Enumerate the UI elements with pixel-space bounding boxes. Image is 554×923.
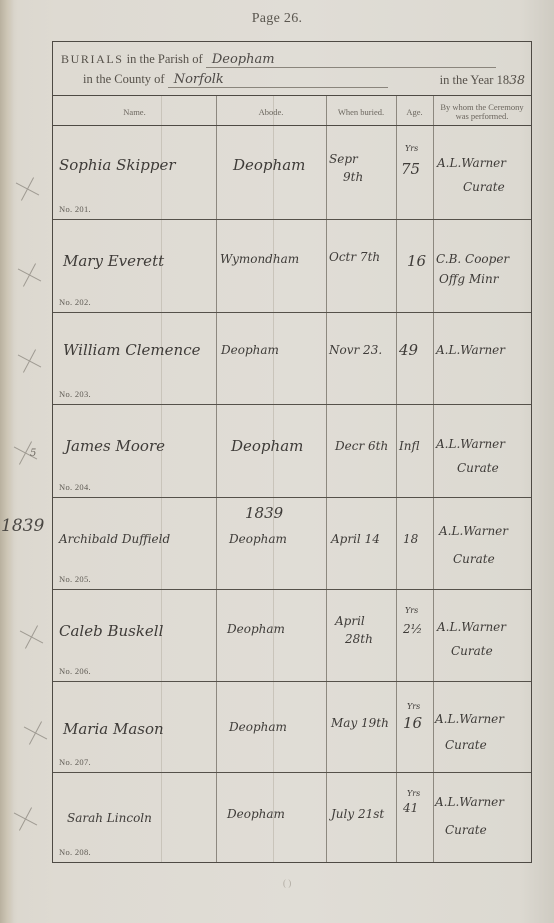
entry-officiant: A.L.Warner [439,524,508,538]
pencil-tick-mark-203 [16,348,42,374]
entry-officiant: C.B. Cooper [436,252,509,266]
burial-register-table: BURIALS in the Parish of Deopham in the … [52,41,532,863]
entry-abode: Deopham [229,532,287,546]
register-row: Maria Mason Deopham May 19th Yrs 16 A.L.… [53,682,531,773]
entry-number: No. 206. [59,666,91,676]
year-value: 38 [509,72,525,87]
entry-officiant-title: Curate [445,823,487,837]
parish-value: Deopham [206,53,496,68]
entry-when-line1: May 19th [331,716,389,730]
entry-when-line2: 9th [343,170,363,184]
register-row: James Moore Deopham Decr 6th Infl A.L.Wa… [53,405,531,498]
entry-name: Archibald Duffield [59,532,170,546]
entry-year-note: 1839 [245,504,283,522]
parish-label: in the Parish of [127,52,203,66]
entry-age: 49 [399,341,418,359]
entry-number: No. 202. [59,297,91,307]
entry-age-unit: Yrs [407,702,420,711]
entry-age: 16 [403,714,422,732]
year-line: in the Year 1838 [440,72,525,88]
entry-abode: Deopham [233,156,305,174]
county-label: in the County of [83,72,165,86]
entry-number: No. 208. [59,847,91,857]
register-row: Sophia Skipper Deopham Sepr 9th Yrs 75 A… [53,128,531,220]
entry-when-line2: 28th [345,632,373,646]
entry-abode: Deopham [221,343,279,357]
entry-name: Mary Everett [63,252,164,270]
entry-officiant: A.L.Warner [435,795,504,809]
entry-age: 16 [407,252,426,270]
pencil-tick-mark-201 [14,176,40,202]
entry-age-unit: Yrs [405,144,418,153]
register-header: BURIALS in the Parish of Deopham in the … [53,42,531,96]
entry-officiant: A.L.Warner [435,712,504,726]
entry-age: 2½ [403,622,422,636]
entry-officiant-title: Curate [463,180,505,194]
entry-when-line1: April [335,614,365,628]
entry-when-line1: July 21st [331,807,384,821]
county-value: Norfolk [168,73,388,88]
entry-age: 18 [403,532,418,546]
entry-age: 75 [401,160,420,178]
year-label: in the Year 18 [440,73,509,87]
margin-year-note: 1839 [1,516,44,536]
pencil-tick-mark-207 [22,720,48,746]
entry-when-line1: Novr 23. [329,343,382,357]
entry-age-unit: Yrs [407,789,420,798]
entry-name: James Moore [65,437,165,455]
entry-number: No. 207. [59,757,91,767]
entry-age: 41 [403,801,418,815]
entry-number: No. 204. [59,482,91,492]
entry-name: Maria Mason [63,720,164,738]
entry-abode: Deopham [227,622,285,636]
entry-officiant-title: Curate [453,552,495,566]
entry-officiant-title: Offg Minr [439,272,498,286]
register-row: Mary Everett Wymondham Octr 7th 16 C.B. … [53,220,531,313]
column-header-officiant: By whom the Ceremony was performed. [433,98,531,126]
column-header-age: Age. [396,98,433,126]
entry-when-line1: Sepr [329,152,358,166]
entry-name: Sophia Skipper [59,156,176,174]
register-row: Sarah Lincoln Deopham July 21st Yrs 41 A… [53,773,531,862]
pencil-tick-mark-208 [12,806,38,832]
column-header-abode: Abode. [216,98,326,126]
entry-number: No. 205. [59,574,91,584]
register-row: Archibald Duffield 1839 Deopham April 14… [53,498,531,590]
entry-officiant: A.L.Warner [436,343,505,357]
entry-officiant-title: Curate [457,461,499,475]
entry-officiant: A.L.Warner [436,437,505,451]
page-title: Page 26. [0,11,554,27]
county-line: in the County of Norfolk [83,72,388,88]
parish-line: BURIALS in the Parish of Deopham [61,52,496,68]
entry-name: Caleb Buskell [59,622,163,640]
pencil-tick-mark-202 [16,262,42,288]
entry-when-line1: Octr 7th [329,250,380,264]
burials-heading: BURIALS [61,52,124,66]
entry-age: Infl [399,439,419,453]
column-header-name: Name. [53,98,216,126]
entry-number: No. 201. [59,204,91,214]
entry-officiant-title: Curate [451,644,493,658]
entry-officiant-title: Curate [445,738,487,752]
pencil-tick-mark-206 [18,624,44,650]
entry-officiant: A.L.Warner [437,156,506,170]
column-header-when-buried: When buried. [326,98,396,126]
entry-abode: Deopham [231,437,303,455]
register-row: William Clemence Deopham Novr 23. 49 A.L… [53,313,531,405]
column-headers: Name. Abode. When buried. Age. By whom t… [53,98,531,126]
entry-abode: Deopham [227,807,285,821]
margin-note-5: 5 [30,448,36,459]
entry-abode: Deopham [229,720,287,734]
entry-when-line1: April 14 [331,532,380,546]
entry-officiant: A.L.Warner [437,620,506,634]
register-page: Page 26. 5 1839 BURIALS in the Parish of… [0,0,554,923]
entry-age-unit: Yrs [405,606,418,615]
entry-name: William Clemence [63,341,200,359]
entry-name: Sarah Lincoln [67,811,152,825]
footer-page-mark: ( ) [283,878,291,888]
entry-when-line1: Decr 6th [335,439,388,453]
entry-abode: Wymondham [220,252,299,266]
entry-number: No. 203. [59,389,91,399]
register-row: Caleb Buskell Deopham April 28th Yrs 2½ … [53,590,531,682]
